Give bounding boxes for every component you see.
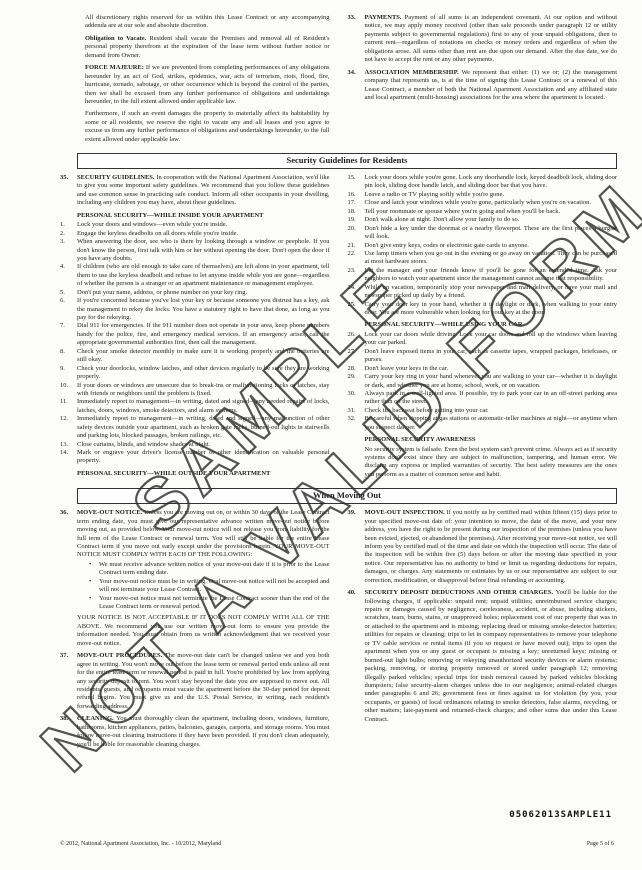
clause-text: Payment of all sums is an independent co… [365,14,618,63]
guideline-number: 29. [348,373,365,390]
copyright-text: © 2012, National Apartment Association, … [60,841,221,849]
numbered-clause: 37. MOVE-OUT PROCEDURES.The move-out dat… [60,652,330,711]
guideline-text: Mark or engrave your driver's license nu… [77,449,330,466]
guideline-number: 9. [60,365,77,382]
guideline-item: 12. Immediately report to management—in … [60,415,330,440]
guideline-item: 24. While on vacation, temporarily stop … [348,284,618,301]
guideline-item: 15. Lock your doors while you're gone. L… [348,174,618,191]
guideline-item: 4. If children (who are old enough to ta… [60,263,330,288]
guideline-number: 26. [348,331,365,348]
guideline-item: 25. Carry your door key in your hand, wh… [348,301,618,318]
guideline-number: 21. [348,242,365,250]
clause-title: MOVE-OUT PROCEDURES. [77,652,165,659]
bullet-marker: • [89,595,99,612]
guideline-number: 32. [348,415,365,432]
clause-text: You'll be liable for the following charg… [365,589,618,723]
clause-title: PAYMENTS. [365,14,405,21]
guideline-item: 29. Carry your key ring in your hand whe… [348,373,618,390]
guideline-text: Lock your doors while you're gone. Lock … [365,174,618,191]
guideline-number: 12. [60,415,77,440]
guideline-item: 19. Don't walk alone at night. Don't all… [348,216,618,224]
paragraph-text: All discretionary rights reserved for us… [85,14,330,29]
inside-apartment-list: 1. Lock your doors and windows—even whil… [60,221,330,466]
form-id-stamp: 05062013SAMPLE11 [509,810,612,822]
moving-out-section: 36. MOVE-OUT NOTICE.Unless you are movin… [60,509,617,753]
clause-text: Unless you are moving out on, or within … [77,509,330,558]
guideline-number: 24. [348,284,365,301]
moving-right-column: 39. MOVE-OUT INSPECTION.If you notify us… [348,509,618,753]
clause-body: MOVE-OUT PROCEDURES.The move-out date ca… [77,652,330,711]
guideline-item: 7. Dial 911 for emergencies. If the 911 … [60,322,330,347]
guideline-item: 18. Tell your roommate or spouse where y… [348,208,618,216]
bullet-marker: • [89,578,99,595]
intro-paragraph: FORCE MAJEURE:If we are prevented from c… [85,64,330,106]
section-banner-when-moving-out: When Moving Out [77,488,617,504]
guideline-text: Immediately report to management—in writ… [77,415,330,440]
guideline-number: 13. [60,441,77,449]
guideline-item: 17. Close and latch your windows while y… [348,199,618,207]
guideline-text: Don't put your name, address, or phone n… [77,289,330,297]
guideline-text: Leave a radio or TV playing softly while… [365,191,618,199]
guideline-item: 16. Leave a radio or TV playing softly w… [348,191,618,199]
guideline-text: Carry your door key in your hand, whethe… [365,301,618,318]
bullet-text: Your move-out notice must not terminate … [99,595,330,612]
clause-title: SECURITY GUIDELINES. [77,174,156,181]
clause-text: The move-out date can't be changed unles… [77,652,330,710]
clause-text: If you notify us by certified mail withi… [365,509,618,584]
bullet-text: We must receive advance written notice o… [99,561,330,578]
guideline-number: 4. [60,263,77,288]
clause-body: MOVE-OUT NOTICE.Unless you are moving ou… [77,509,330,648]
clause-title: MOVE-OUT NOTICE. [77,509,144,516]
guideline-item: 8. Check your smoke detector monthly to … [60,348,330,365]
clause-body: ASSOCIATION MEMBERSHIP.We represent that… [365,69,618,103]
guideline-number: 25. [348,301,365,318]
numbered-clause-move-out-notice: 36. MOVE-OUT NOTICE.Unless you are movin… [60,509,330,648]
clause-body: CLEANING.You must thoroughly clean the a… [77,715,330,749]
moving-left-items: 37. MOVE-OUT PROCEDURES.The move-out dat… [60,652,330,749]
guideline-text: Lock your car doors while driving. Lock … [365,331,618,348]
guideline-number: 23. [348,267,365,284]
paragraph-text: Furthermore, if such an event damages th… [85,110,330,142]
section-banner-security-guidelines: Security Guidelines for Residents [77,153,617,169]
subheading-inside-apartment: PERSONAL SECURITY—WHILE INSIDE YOUR APAR… [77,212,330,220]
numbered-clause: 40. SECURITY DEPOSIT DEDUCTIONS AND OTHE… [348,589,618,724]
guideline-text: If you're concerned because you've lost … [77,297,330,322]
paragraph-lead: Obligation to Vacate. [85,35,149,42]
guideline-item: 32. Be careful when stopping at gas stat… [348,415,618,432]
guideline-text: Let the manager and your friends know if… [365,267,618,284]
clause-number: 40. [348,589,365,724]
guideline-text: Close curtains, blinds, and window shade… [77,441,330,449]
move-out-notice-closing: YOUR NOTICE IS NOT ACCEPTABLE IF IT DOES… [77,614,330,648]
guideline-item: 20. Don't hide a key under the doormat o… [348,225,618,242]
numbered-clause: 34. ASSOCIATION MEMBERSHIP.We represent … [348,69,618,103]
guideline-number: 7. [60,322,77,347]
numbered-clause: 39. MOVE-OUT INSPECTION.If you notify us… [348,509,618,585]
guideline-number: 18. [348,208,365,216]
clause-number: 38. [60,715,77,749]
intro-right-column: 33. PAYMENTS.Payment of all sums is an i… [348,14,618,148]
guideline-number: 14. [60,449,77,466]
security-right-column: 15. Lock your doors while you're gone. L… [348,174,618,483]
guideline-item: 30. Always park in a well-lighted area. … [348,390,618,407]
guideline-text: Close and latch your windows while you'r… [365,199,618,207]
intro-paragraph: Furthermore, if such an event damages th… [85,110,330,144]
guideline-item: 28. Don't leave your keys in the car. [348,365,618,373]
guideline-item: 27. Don't leave exposed items in your ca… [348,348,618,365]
guideline-text: Don't walk alone at night. Don't allow y… [365,216,618,224]
clause-number: 37. [60,652,77,711]
lease-document-page: SAMPLE NOT A VALID FORM All discretionar… [0,0,642,870]
guideline-item: 23. Let the manager and your friends kno… [348,267,618,284]
guideline-number: 19. [348,216,365,224]
banner-title: When Moving Out [313,490,381,500]
guideline-number: 22. [348,250,365,267]
guideline-item: 10. If your doors or windows are unsecur… [60,382,330,399]
security-left-column: 35. SECURITY GUIDELINES.In cooperation w… [60,174,330,483]
bullet-marker: • [89,561,99,578]
clause-body: PAYMENTS.Payment of all sums is an indep… [365,14,618,65]
using-car-list: 26. Lock your car doors while driving. L… [348,331,618,432]
guideline-item: 2. Engage the keyless deadbolts on all d… [60,230,330,238]
guideline-number: 1. [60,221,77,229]
guideline-number: 6. [60,297,77,322]
guideline-item: 5. Don't put your name, address, or phon… [60,289,330,297]
guideline-text: Don't hide a key under the doormat or a … [365,225,618,242]
guideline-number: 28. [348,365,365,373]
move-out-notice-bullets: • We must receive advance written notice… [89,561,330,612]
guideline-number: 15. [348,174,365,191]
clause-body: SECURITY DEPOSIT DEDUCTIONS AND OTHER CH… [365,589,618,724]
guideline-text: Check your doorlocks, window latches, an… [77,365,330,382]
guideline-number: 17. [348,199,365,207]
numbered-clause: 38. CLEANING.You must thoroughly clean t… [60,715,330,749]
guideline-text: Carry your key ring in your hand wheneve… [365,373,618,390]
guideline-number: 27. [348,348,365,365]
guideline-item: 21. Don't give entry keys, codes or elec… [348,242,618,250]
clause-body: SECURITY GUIDELINES.In cooperation with … [77,174,330,208]
guideline-number: 2. [60,230,77,238]
guideline-number: 20. [348,225,365,242]
numbered-clause: 35. SECURITY GUIDELINES.In cooperation w… [60,174,330,208]
guideline-number: 30. [348,390,365,407]
bullet-item: • We must receive advance written notice… [89,561,330,578]
guideline-text: Use lamp timers when you go out in the e… [365,250,618,267]
guideline-item: 11. Immediately report to management—in … [60,398,330,415]
guideline-text: When answering the door, see who is ther… [77,238,330,263]
guideline-text: Don't give entry keys, codes or electron… [365,242,618,250]
security-awareness-paragraph: No security system is failsafe. Even the… [365,446,618,480]
clause-number: 39. [348,509,365,585]
clause-title: ASSOCIATION MEMBERSHIP. [365,69,462,76]
guideline-number: 5. [60,289,77,297]
moving-left-column: 36. MOVE-OUT NOTICE.Unless you are movin… [60,509,330,753]
clause-number: 36. [60,509,77,648]
guideline-text: Lock your doors and windows—even while y… [77,221,330,229]
guideline-number: 10. [60,382,77,399]
guideline-number: 31. [348,407,365,415]
clause-number: 35. [60,174,77,208]
guideline-item: 22. Use lamp timers when you go out in t… [348,250,618,267]
guideline-text: Check the backseat before getting into y… [365,407,618,415]
guideline-text: While on vacation, temporarily stop your… [365,284,618,301]
guideline-item: 26. Lock your car doors while driving. L… [348,331,618,348]
guideline-item: 6. If you're concerned because you've lo… [60,297,330,322]
guideline-item: 13. Close curtains, blinds, and window s… [60,441,330,449]
guideline-item: 14. Mark or engrave your driver's licens… [60,449,330,466]
subheading-using-your-car: PERSONAL SECURITY—WHILE USING YOUR CAR [365,321,618,329]
intro-paragraph: All discretionary rights reserved for us… [85,14,330,31]
page-footer: © 2012, National Apartment Association, … [60,841,614,849]
intro-left-column: All discretionary rights reserved for us… [60,14,330,148]
guideline-text: Always park in a well-lighted area. If p… [365,390,618,407]
numbered-clause: 33. PAYMENTS.Payment of all sums is an i… [348,14,618,65]
clause-title: CLEANING. [77,715,116,722]
clause-number: 33. [348,14,365,65]
subheading-security-awareness: PERSONAL SECURITY AWARENESS [365,436,618,444]
guideline-text: If children (who are old enough to take … [77,263,330,288]
guideline-text: Don't leave your keys in the car. [365,365,618,373]
intro-paragraph: Obligation to Vacate.Resident shall vaca… [85,35,330,60]
guideline-number: 11. [60,398,77,415]
guideline-item: 1. Lock your doors and windows—even whil… [60,221,330,229]
guideline-text: Tell your roommate or spouse where you'r… [365,208,618,216]
outside-apartment-list: 15. Lock your doors while you're gone. L… [348,174,618,317]
clause-title: MOVE-OUT INSPECTION. [365,509,447,516]
paragraph-lead: FORCE MAJEURE: [85,64,146,71]
bullet-text: Your move-out notice must be in writing.… [99,578,330,595]
guideline-text: Be careful when stopping at gas stations… [365,415,618,432]
bullet-item: • Your move-out notice must be in writin… [89,578,330,595]
clause-body: MOVE-OUT INSPECTION.If you notify us by … [365,509,618,585]
guideline-text: Check your smoke detector monthly to mak… [77,348,330,365]
clause-title: SECURITY DEPOSIT DEDUCTIONS AND OTHER CH… [365,589,556,596]
guideline-number: 16. [348,191,365,199]
guideline-text: Immediately report to management—in writ… [77,398,330,415]
guideline-text: If your doors or windows are unsecure du… [77,382,330,399]
security-section: 35. SECURITY GUIDELINES.In cooperation w… [60,174,617,483]
guideline-number: 3. [60,238,77,263]
guideline-item: 9. Check your doorlocks, window latches,… [60,365,330,382]
guideline-item: 3. When answering the door, see who is t… [60,238,330,263]
page-number: Page 5 of 6 [587,841,614,849]
guideline-text: Engage the keyless deadbolts on all door… [77,230,330,238]
guideline-number: 8. [60,348,77,365]
subheading-outside-apartment: PERSONAL SECURITY—WHILE OUTSIDE YOUR APA… [77,470,330,478]
intro-section: All discretionary rights reserved for us… [60,14,617,148]
guideline-text: Dial 911 for emergencies. If the 911 num… [77,322,330,347]
banner-title: Security Guidelines for Residents [287,155,408,165]
clause-number: 34. [348,69,365,103]
bullet-item: • Your move-out notice must not terminat… [89,595,330,612]
guideline-item: 31. Check the backseat before getting in… [348,407,618,415]
guideline-text: Don't leave exposed items in your car, s… [365,348,618,365]
